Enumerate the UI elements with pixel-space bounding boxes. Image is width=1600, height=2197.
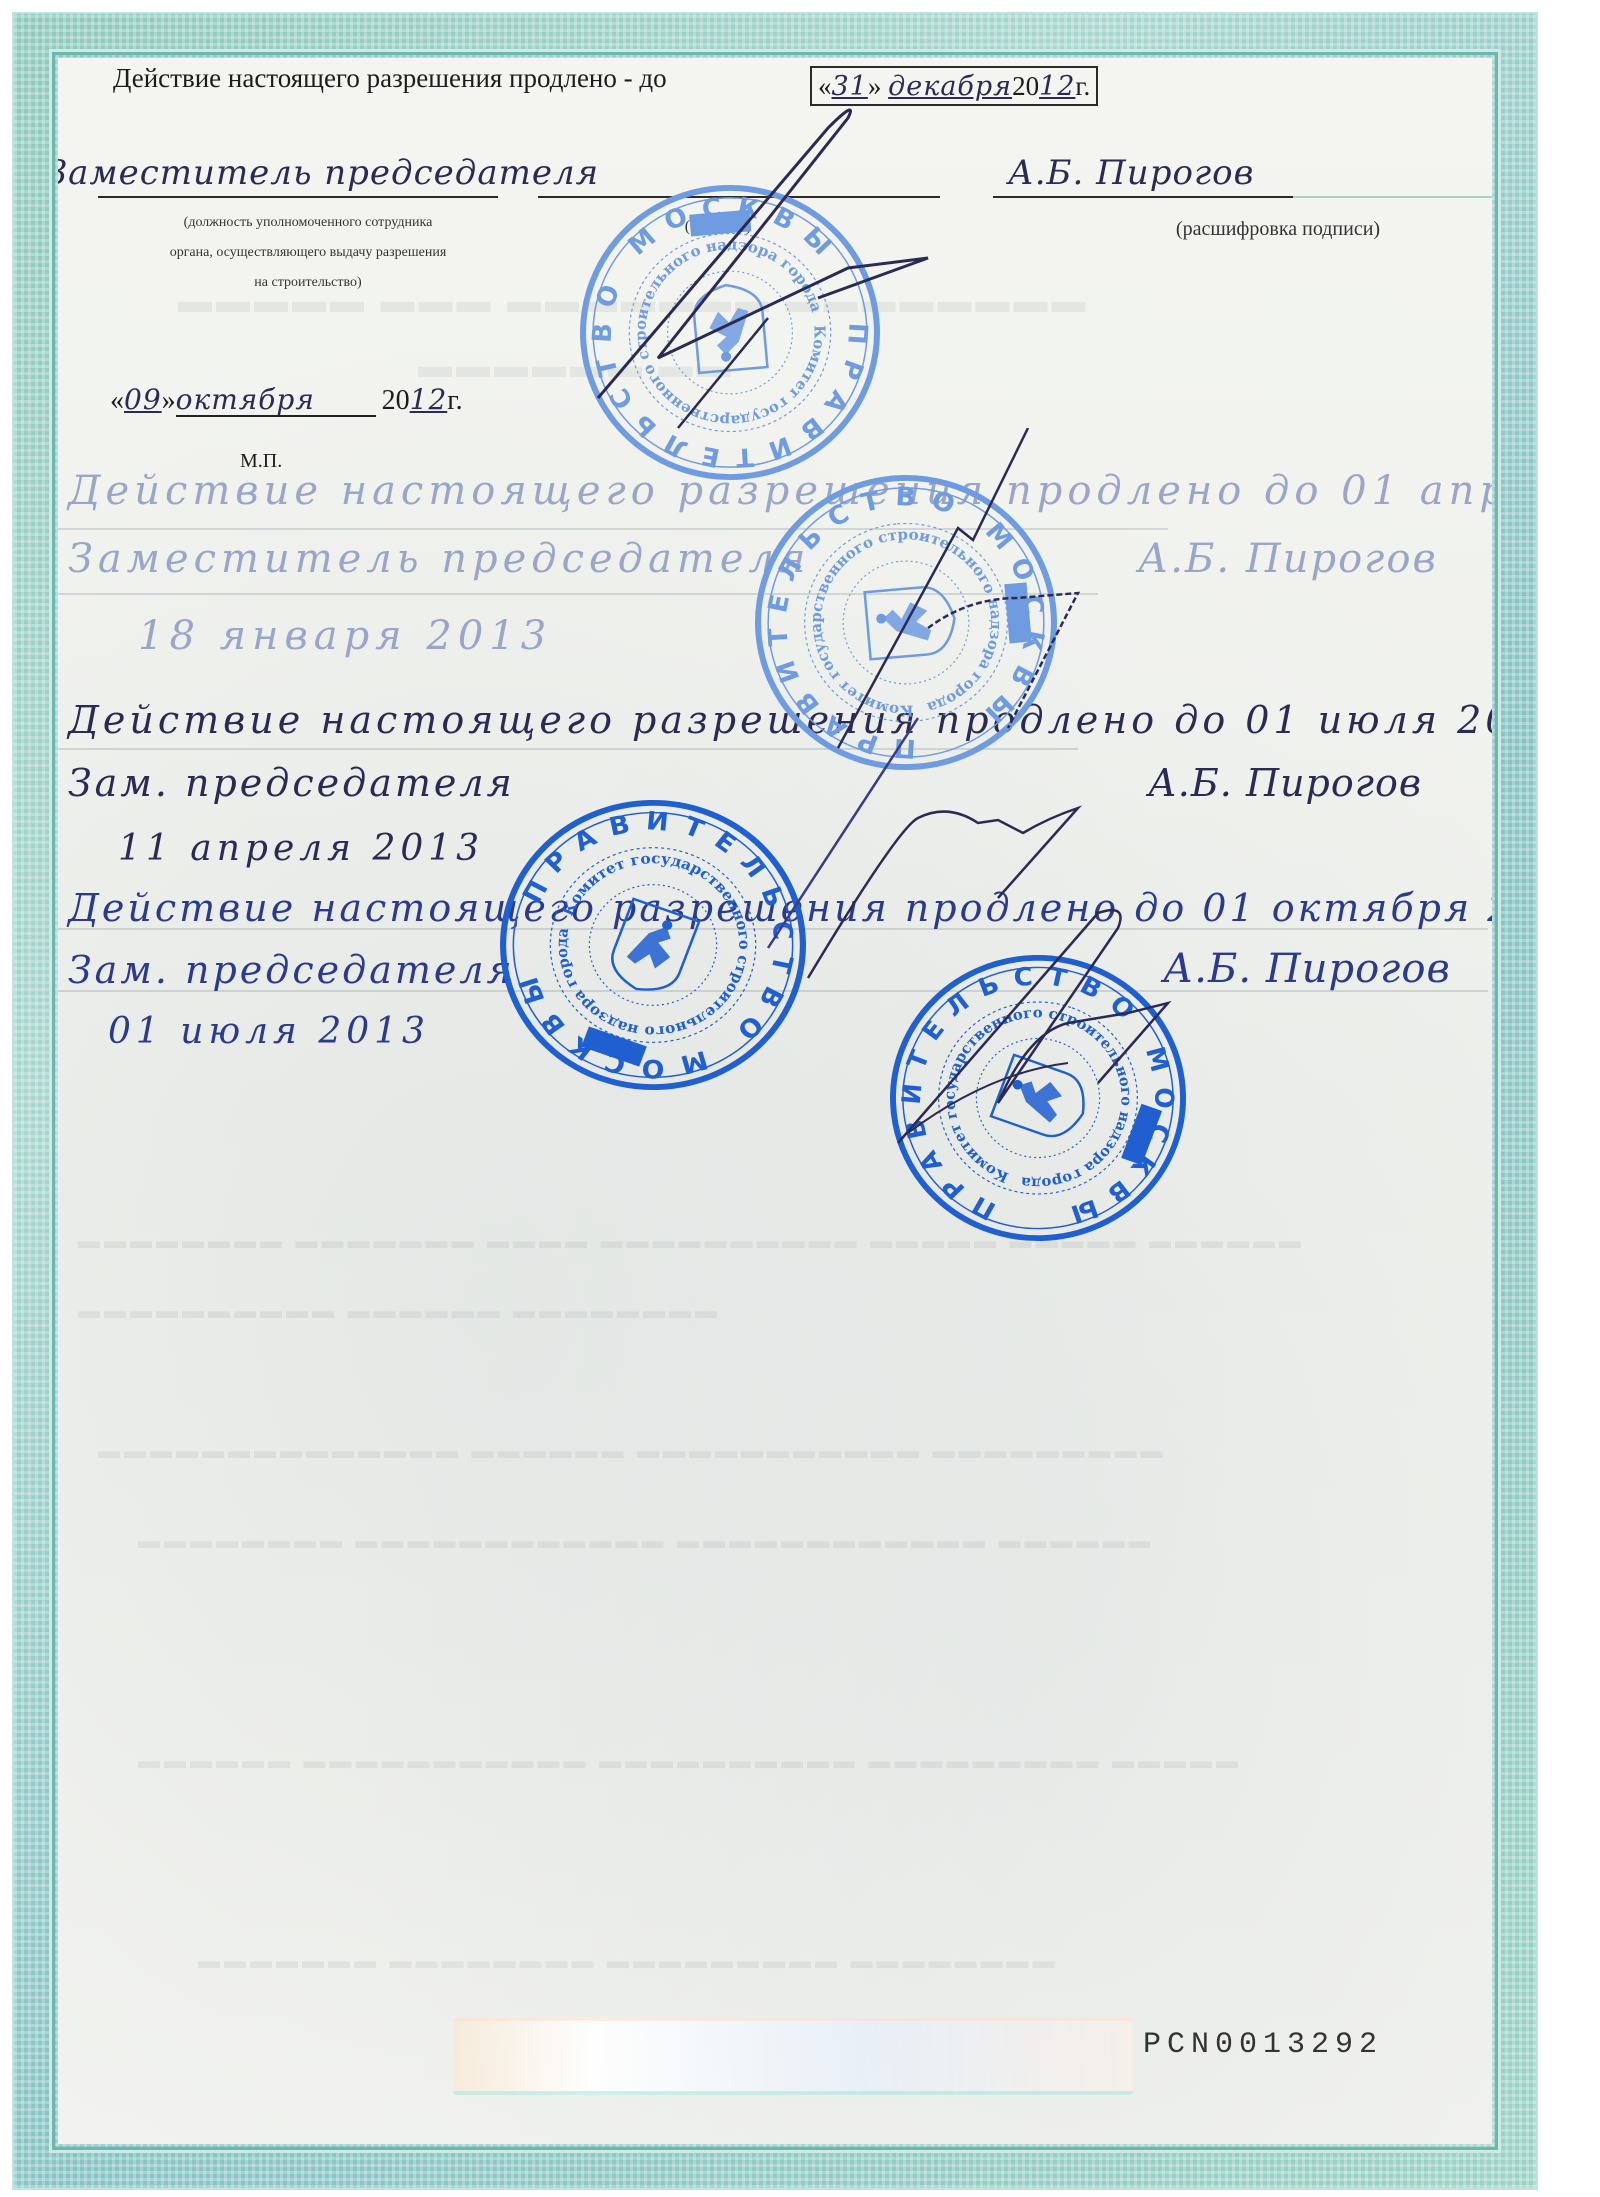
date-quote: « [110,385,124,416]
extension-2-name: А.Б. Пирогов [1148,761,1422,805]
extension-3-position: Зам. председателя [68,948,515,992]
caption-line: органа, осуществляющего выдачу разрешени… [78,238,538,268]
signature-scribble [528,98,948,458]
extension-3-date: 01 июля 2013 [108,1011,430,1052]
extension-3-name: А.Б. Пирогов [1163,946,1451,992]
bleed-through-text: ▬▬▬▬▬▬▬▬▬▬▬▬▬▬ ▬▬▬▬▬▬ ▬▬▬▬▬▬▬▬▬▬▬ ▬▬▬▬▬▬… [98,1438,1167,1464]
extension-1-date: 18 января 2013 [138,613,552,659]
bleed-through-text: ▬▬▬▬▬▬▬▬▬▬ ▬▬▬▬▬▬ ▬▬▬▬▬▬▬▬ [78,1298,721,1324]
extension-2-date: 11 апреля 2013 [118,828,484,869]
date-quote: » [162,385,176,416]
date-year-prefix: 20 [382,385,410,416]
bleed-through-text: ▬▬▬▬▬▬ ▬▬▬▬▬▬▬▬▬▬▬ ▬▬▬▬▬▬▬▬▬▬ ▬▬▬▬▬▬▬▬▬ … [138,1748,1242,1774]
name-caption: (расшифровка подписи) [1148,218,1408,241]
form-serial-number: PCN0013292 [1143,2028,1383,2062]
position-handwritten: Заместитель председателя [58,153,599,193]
position-line [98,196,498,198]
date-suffix: г. [447,385,462,416]
document-paper: ▬▬▬▬▬ ▬▬▬ ▬▬▬▬▬▬▬ ▬▬▬▬▬▬▬▬ ▬▬▬▬▬▬ ▬▬ ▬▬▬… [58,58,1492,2144]
bleed-through-text: ▬▬▬▬▬▬▬ ▬▬▬▬▬▬▬▬ ▬▬▬▬▬▬▬▬▬ ▬▬▬▬▬▬▬▬ [198,1948,1059,1974]
hologram-strip [453,2018,1133,2095]
extension-2-position: Зам. председателя [68,761,515,805]
caption-line: на строительство) [78,268,538,298]
caption-line: (должность уполномоченного сотрудника [78,208,538,238]
extension-1-name: А.Б. Пирогов [1138,536,1438,582]
signature-scribble [868,903,1198,1153]
green-border-line [1293,196,1492,198]
date-day: 09 [124,383,162,416]
date-suffix: г. [1075,71,1090,101]
position-caption: (должность уполномоченного сотрудника ор… [78,208,538,298]
bleed-through-text: ▬▬▬▬▬▬▬▬ ▬▬▬▬▬▬▬▬▬▬▬▬ ▬▬▬▬▬▬▬▬▬▬▬▬ ▬▬▬▬▬… [138,1528,1155,1554]
date-year-prefix: 20 [1012,71,1039,101]
date-year-suffix: 12 [410,383,448,416]
date-year-suffix: 12 [1039,71,1075,102]
date-quote: » [868,71,882,101]
extension-1-position: Заместитель председателя [68,536,810,582]
date-month: октября [176,385,376,417]
signer-name-handwritten: А.Б. Пирогов [1008,153,1254,193]
date-quote: « [818,71,832,101]
issue-date: «09»октября2012г. [110,383,463,417]
name-line [993,196,1293,198]
